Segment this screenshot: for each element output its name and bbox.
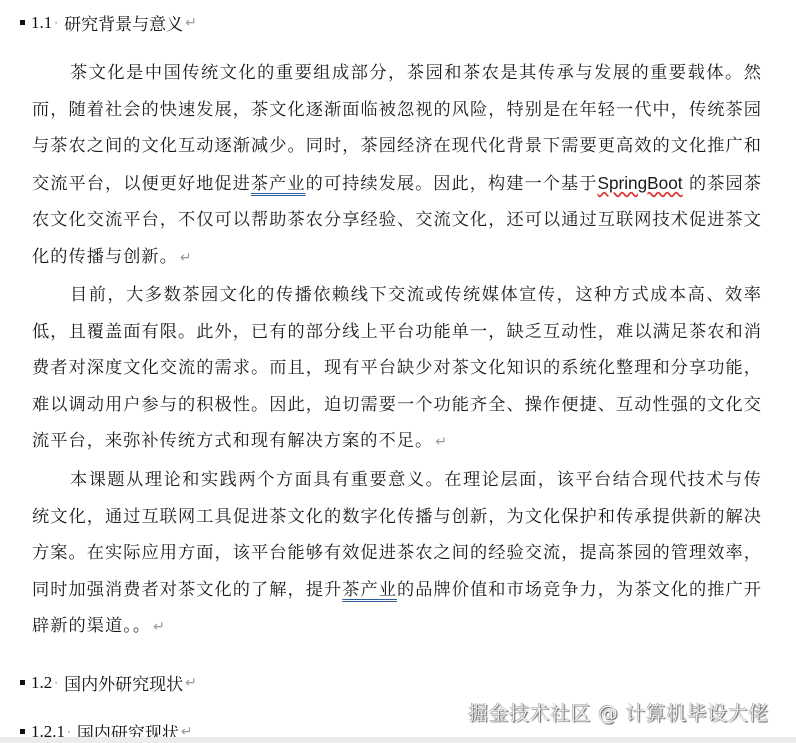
paragraph-3[interactable]: 本课题从理论和实践两个方面具有重要意义。在理论层面，该平台结合现代技术与传统文化… xyxy=(32,462,762,646)
paragraph-1[interactable]: 茶文化是中国传统文化的重要组成部分，茶园和茶农是其传承与发展的重要载体。然而，随… xyxy=(32,55,762,276)
heading-1-1[interactable]: 1.1 · 研究背景与意义 ↵ xyxy=(20,10,197,35)
heading-number: 1.2 xyxy=(31,673,52,693)
paragraph-mark-icon: ↵ xyxy=(435,434,448,450)
document-page: 1.1 · 研究背景与意义 ↵ 茶文化是中国传统文化的重要组成部分，茶园和茶农是… xyxy=(0,0,796,743)
underlined-term[interactable]: 茶产业 xyxy=(342,580,397,600)
spellcheck-word[interactable]: SpringBoot xyxy=(597,173,682,193)
heading-title: 国内外研究现状 xyxy=(64,670,183,695)
heading-1-2[interactable]: 1.2 · 国内外研究现状 ↵ xyxy=(20,670,197,695)
underlined-term[interactable]: 茶产业 xyxy=(251,174,306,194)
heading-title: 研究背景与意义 xyxy=(64,10,183,35)
paragraph-text: 目前，大多数茶园文化的传播依赖线下交流或传统媒体宣传，这种方式成本高、效率低，且… xyxy=(32,285,762,451)
paragraph-mark-icon: ↵ xyxy=(185,15,197,31)
heading-number: 1.1 xyxy=(31,13,52,33)
paragraph-mark-icon: ↵ xyxy=(180,250,193,266)
paragraph-mark-icon: ↵ xyxy=(185,675,197,691)
space-mark: · xyxy=(54,676,58,690)
watermark: 掘金技术社区 @ 计算机毕设大佬 xyxy=(468,697,769,726)
paragraph-2[interactable]: 目前，大多数茶园文化的传播依赖线下交流或传统媒体宣传，这种方式成本高、效率低，且… xyxy=(32,277,762,461)
heading-bullet-icon xyxy=(20,20,25,25)
heading-bullet-icon xyxy=(20,680,25,685)
paragraph-mark-icon: ↵ xyxy=(153,619,166,635)
space-mark: · xyxy=(54,16,58,30)
bottom-bar xyxy=(0,737,796,743)
heading-bullet-icon xyxy=(20,729,25,734)
paragraph-text: 的可持续发展。因此，构建一个基于 xyxy=(306,174,598,194)
